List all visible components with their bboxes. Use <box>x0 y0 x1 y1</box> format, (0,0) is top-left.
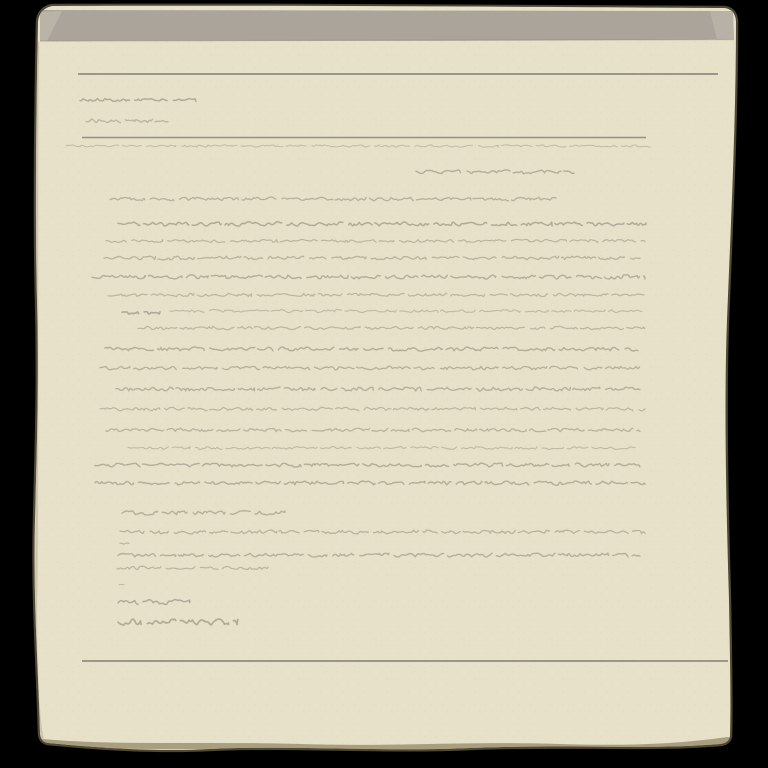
letter-scan-canvas <box>0 0 768 768</box>
paper-top-band <box>40 10 734 41</box>
paper-texture <box>30 0 742 760</box>
scanned-letter-view <box>0 0 768 768</box>
closing-fragment-scribble-26 <box>119 584 124 585</box>
